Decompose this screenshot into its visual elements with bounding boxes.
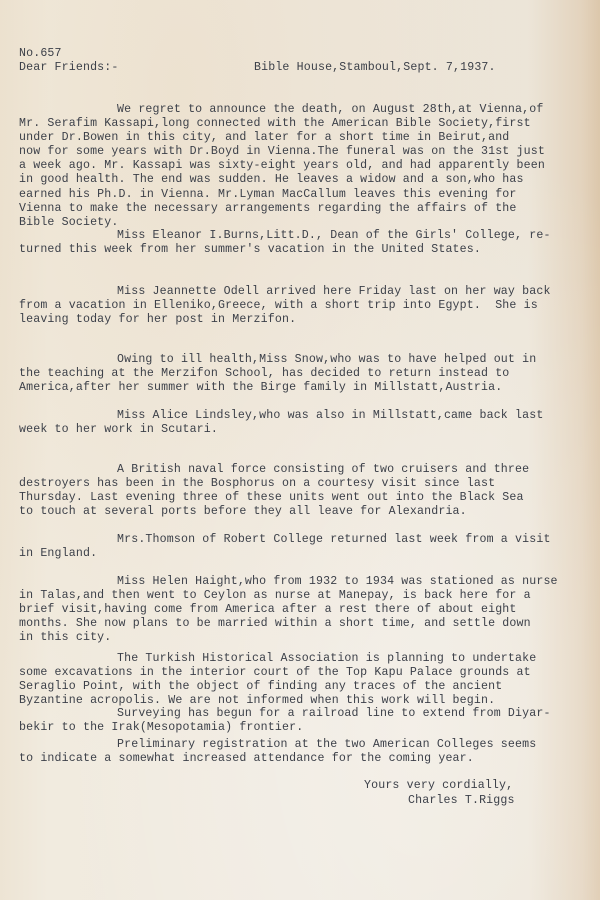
text-line: a week ago. Mr. Kassapi was sixty-eight …	[19, 159, 545, 173]
text-line: Miss Jeannette Odell arrived here Friday…	[19, 285, 551, 299]
text-line: Miss Helen Haight,who from 1932 to 1934 …	[19, 575, 558, 589]
signature: Charles T.Riggs	[408, 794, 515, 808]
text-line: Owing to ill health,Miss Snow,who was to…	[19, 353, 536, 367]
paragraph: Miss Jeannette Odell arrived here Friday…	[19, 285, 551, 327]
text-line: bekir to the Irak(Mesopotamia) frontier.	[19, 721, 551, 735]
text-line: months. She now plans to be married with…	[19, 617, 558, 631]
text-line: in good health. The end was sudden. He l…	[19, 173, 545, 187]
text-line: week to her work in Scutari.	[19, 423, 543, 437]
paragraph: A British naval force consisting of two …	[19, 463, 529, 519]
salutation: Dear Friends:-	[19, 61, 119, 75]
text-line: Seraglio Point, with the object of findi…	[19, 680, 536, 694]
text-line: leaving today for her post in Merzifon.	[19, 313, 551, 327]
text-line: Preliminary registration at the two Amer…	[19, 738, 536, 752]
text-line: Surveying has begun for a railroad line …	[19, 707, 551, 721]
paragraph: Miss Alice Lindsley,who was also in Mill…	[19, 409, 543, 437]
paragraph: Mrs.Thomson of Robert College returned l…	[19, 533, 551, 561]
paragraph: Miss Eleanor I.Burns,Litt.D., Dean of th…	[19, 229, 551, 257]
paragraph: Preliminary registration at the two Amer…	[19, 738, 536, 766]
text-line: Bible Society.	[19, 216, 545, 230]
text-line: Mrs.Thomson of Robert College returned l…	[19, 533, 551, 547]
text-line: some excavations in the interior court o…	[19, 666, 536, 680]
text-line: in this city.	[19, 631, 558, 645]
text-line: Vienna to make the necessary arrangement…	[19, 202, 545, 216]
closing: Yours very cordially,	[364, 779, 513, 793]
text-line: in Talas,and then went to Ceylon as nurs…	[19, 589, 558, 603]
letter-number: No.657	[19, 47, 62, 61]
text-line: A British naval force consisting of two …	[19, 463, 529, 477]
paragraph: Owing to ill health,Miss Snow,who was to…	[19, 353, 536, 395]
text-line: Miss Alice Lindsley,who was also in Mill…	[19, 409, 543, 423]
paragraph: Miss Helen Haight,who from 1932 to 1934 …	[19, 575, 558, 645]
typewritten-letter: No.657 Bible House,Stamboul,Sept. 7,1937…	[19, 0, 589, 127]
text-line: Thursday. Last evening three of these un…	[19, 491, 529, 505]
text-line: to touch at several ports before they al…	[19, 505, 529, 519]
text-line: We regret to announce the death, on Augu…	[19, 103, 545, 117]
text-line: brief visit,having come from America aft…	[19, 603, 558, 617]
text-line: The Turkish Historical Association is pl…	[19, 652, 536, 666]
text-line: Miss Eleanor I.Burns,Litt.D., Dean of th…	[19, 229, 551, 243]
text-line: the teaching at the Merzifon School, has…	[19, 367, 536, 381]
text-line: in England.	[19, 547, 551, 561]
paragraph: The Turkish Historical Association is pl…	[19, 652, 536, 708]
text-line: from a vacation in Elleniko,Greece, with…	[19, 299, 551, 313]
text-line: under Dr.Bowen in this city, and later f…	[19, 131, 545, 145]
text-line: turned this week from her summer's vacat…	[19, 243, 551, 257]
paragraph: We regret to announce the death, on Augu…	[19, 103, 545, 230]
text-line: earned his Ph.D. in Vienna. Mr.Lyman Mac…	[19, 188, 545, 202]
text-line: America,after her summer with the Birge …	[19, 381, 536, 395]
paragraph: Surveying has begun for a railroad line …	[19, 707, 551, 735]
text-line: to indicate a somewhat increased attenda…	[19, 752, 536, 766]
text-line: Mr. Serafim Kassapi,long connected with …	[19, 117, 545, 131]
text-line: destroyers has been in the Bosphorus on …	[19, 477, 529, 491]
place-and-date: Bible House,Stamboul,Sept. 7,1937.	[254, 61, 496, 75]
text-line: now for some years with Dr.Boyd in Vienn…	[19, 145, 545, 159]
